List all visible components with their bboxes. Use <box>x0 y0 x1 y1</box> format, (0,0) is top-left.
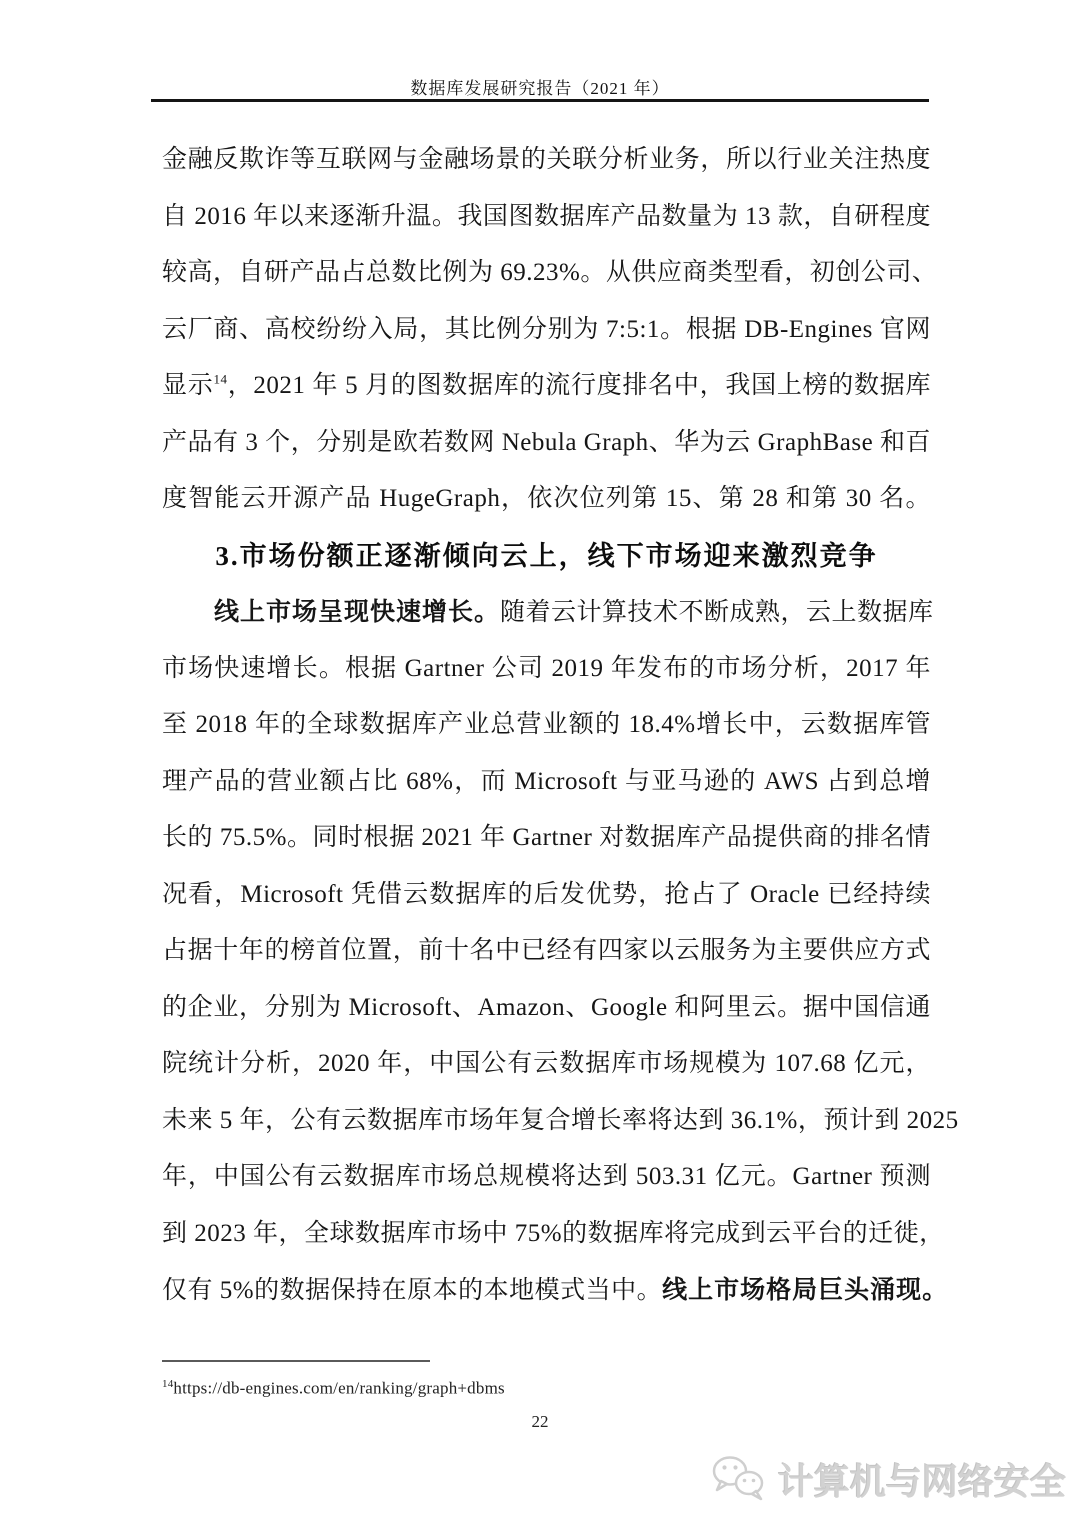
body-line: 年，中国公有云数据库市场总规模将达到 503.31 亿元。Gartner 预测 <box>162 1149 931 1206</box>
body-line: 长的 75.5%。同时根据 2021 年 Gartner 对数据库产品提供商的排… <box>162 810 931 867</box>
document-page: 数据库发展研究报告（2021 年） 金融反欺诈等互联网与金融场景的关联分析业务，… <box>0 0 1080 1527</box>
page-number: 22 <box>0 1412 1080 1432</box>
body-line: 至 2018 年的全球数据库产业总营业额的 18.4%增长中，云数据库管 <box>162 697 931 754</box>
body-line: 显示14，2021 年 5 月的图数据库的流行度排名中，我国上榜的数据库 <box>162 358 931 415</box>
wechat-icon <box>710 1454 768 1504</box>
section-heading: 3.市场份额正逐渐倾向云上，线下市场迎来激烈竞争 <box>162 528 931 585</box>
body-line: 理产品的营业额占比 68%，而 Microsoft 与亚马逊的 AWS 占到总增 <box>162 754 931 811</box>
text-segment: 市场快速增长。根据 Gartner 公司 2019 年发布的市场分析，2017 … <box>162 655 931 682</box>
header-rule <box>151 99 929 102</box>
text-segment: 况看，Microsoft 凭借云数据库的后发优势，抢占了 Oracle 已经持续 <box>162 881 931 908</box>
watermark: 计算机与网络安全 <box>710 1448 1066 1510</box>
body-line: 仅有 5%的数据保持在原本的本地模式当中。线上市场格局巨头涌现。 <box>162 1262 931 1319</box>
body-line: 占据十年的榜首位置，前十名中已经有四家以云服务为主要供应方式 <box>162 923 931 980</box>
body-line: 到 2023 年，全球数据库市场中 75%的数据库将完成到云平台的迁徙， <box>162 1206 931 1263</box>
footnote-url: https://db-engines.com/en/ranking/graph+… <box>173 1379 504 1398</box>
text-segment: 仅有 5%的数据保持在原本的本地模式当中。 <box>162 1277 662 1304</box>
text-segment: 随着云计算技术不断成熟，云上数据库 <box>500 599 934 626</box>
body-line: 况看，Microsoft 凭借云数据库的后发优势，抢占了 Oracle 已经持续 <box>162 867 931 924</box>
body-line: 未来 5 年，公有云数据库市场年复合增长率将达到 36.1%，预计到 2025 <box>162 1093 931 1150</box>
text-segment: 未来 5 年，公有云数据库市场年复合增长率将达到 36.1%，预计到 2025 <box>162 1107 959 1134</box>
text-segment: 理产品的营业额占比 68%，而 Microsoft 与亚马逊的 AWS 占到总增 <box>162 768 931 795</box>
text-segment: 显示 <box>162 372 213 399</box>
bold-text-segment: 线上市场呈现快速增长。 <box>214 598 500 626</box>
text-segment: 的企业，分别为 Microsoft、Amazon、Google 和阿里云。据中国… <box>162 994 931 1021</box>
text-segment: 到 2023 年，全球数据库市场中 75%的数据库将完成到云平台的迁徙， <box>162 1220 945 1247</box>
bold-text-segment: 线上市场格局巨头涌现。 <box>662 1276 948 1304</box>
text-segment: 占据十年的榜首位置，前十名中已经有四家以云服务为主要供应方式 <box>162 937 931 964</box>
text-segment: 至 2018 年的全球数据库产业总营业额的 18.4%增长中，云数据库管 <box>162 711 931 738</box>
footnote-marker: 14 <box>162 1378 173 1390</box>
body-line: 产品有 3 个，分别是欧若数网 Nebula Graph、华为云 GraphBa… <box>162 415 931 472</box>
body-line: 较高，自研产品占总数比例为 69.23%。从供应商类型看，初创公司、 <box>162 245 931 302</box>
text-segment: 年，中国公有云数据库市场总规模将达到 503.31 亿元。Gartner 预测 <box>162 1163 931 1190</box>
text-segment: 长的 75.5%。同时根据 2021 年 Gartner 对数据库产品提供商的排… <box>162 824 931 851</box>
body-line: 市场快速增长。根据 Gartner 公司 2019 年发布的市场分析，2017 … <box>162 641 931 698</box>
watermark-text: 计算机与网络安全 <box>778 1454 1066 1505</box>
footnote: 14https://db-engines.com/en/ranking/grap… <box>162 1378 505 1399</box>
text-segment: 自 2016 年以来逐渐升温。我国图数据库产品数量为 13 款，自研程度 <box>162 203 931 230</box>
text-segment: 产品有 3 个，分别是欧若数网 Nebula Graph、华为云 GraphBa… <box>162 429 931 456</box>
text-segment: ，2021 年 5 月的图数据库的流行度排名中，我国上榜的数据库 <box>227 372 931 399</box>
text-segment: 院统计分析，2020 年，中国公有云数据库市场规模为 107.68 亿元， <box>162 1050 931 1077</box>
footnote-reference: 14 <box>213 372 227 387</box>
text-segment: 云厂商、高校纷纷入局，其比例分别为 7:5:1。根据 DB-Engines 官网 <box>162 316 931 343</box>
text-segment: 3.市场份额正逐渐倾向云上，线下市场迎来激烈竞争 <box>215 541 877 571</box>
footnote-separator <box>162 1360 430 1362</box>
text-segment: 较高，自研产品占总数比例为 69.23%。从供应商类型看，初创公司、 <box>162 259 937 286</box>
body-line: 度智能云开源产品 HugeGraph，依次位列第 15、第 28 和第 30 名… <box>162 471 931 528</box>
body-line: 自 2016 年以来逐渐升温。我国图数据库产品数量为 13 款，自研程度 <box>162 189 931 246</box>
page-header-title: 数据库发展研究报告（2021 年） <box>0 74 1080 99</box>
body-line: 的企业，分别为 Microsoft、Amazon、Google 和阿里云。据中国… <box>162 980 931 1037</box>
body-line: 云厂商、高校纷纷入局，其比例分别为 7:5:1。根据 DB-Engines 官网 <box>162 302 931 359</box>
body-line: 院统计分析，2020 年，中国公有云数据库市场规模为 107.68 亿元， <box>162 1036 931 1093</box>
text-segment: 度智能云开源产品 HugeGraph，依次位列第 15、第 28 和第 30 名… <box>162 485 931 512</box>
document-body: 金融反欺诈等互联网与金融场景的关联分析业务，所以行业关注热度自 2016 年以来… <box>162 132 931 1319</box>
body-line: 线上市场呈现快速增长。随着云计算技术不断成熟，云上数据库 <box>162 584 931 641</box>
body-line: 金融反欺诈等互联网与金融场景的关联分析业务，所以行业关注热度 <box>162 132 931 189</box>
text-segment: 金融反欺诈等互联网与金融场景的关联分析业务，所以行业关注热度 <box>162 146 931 173</box>
